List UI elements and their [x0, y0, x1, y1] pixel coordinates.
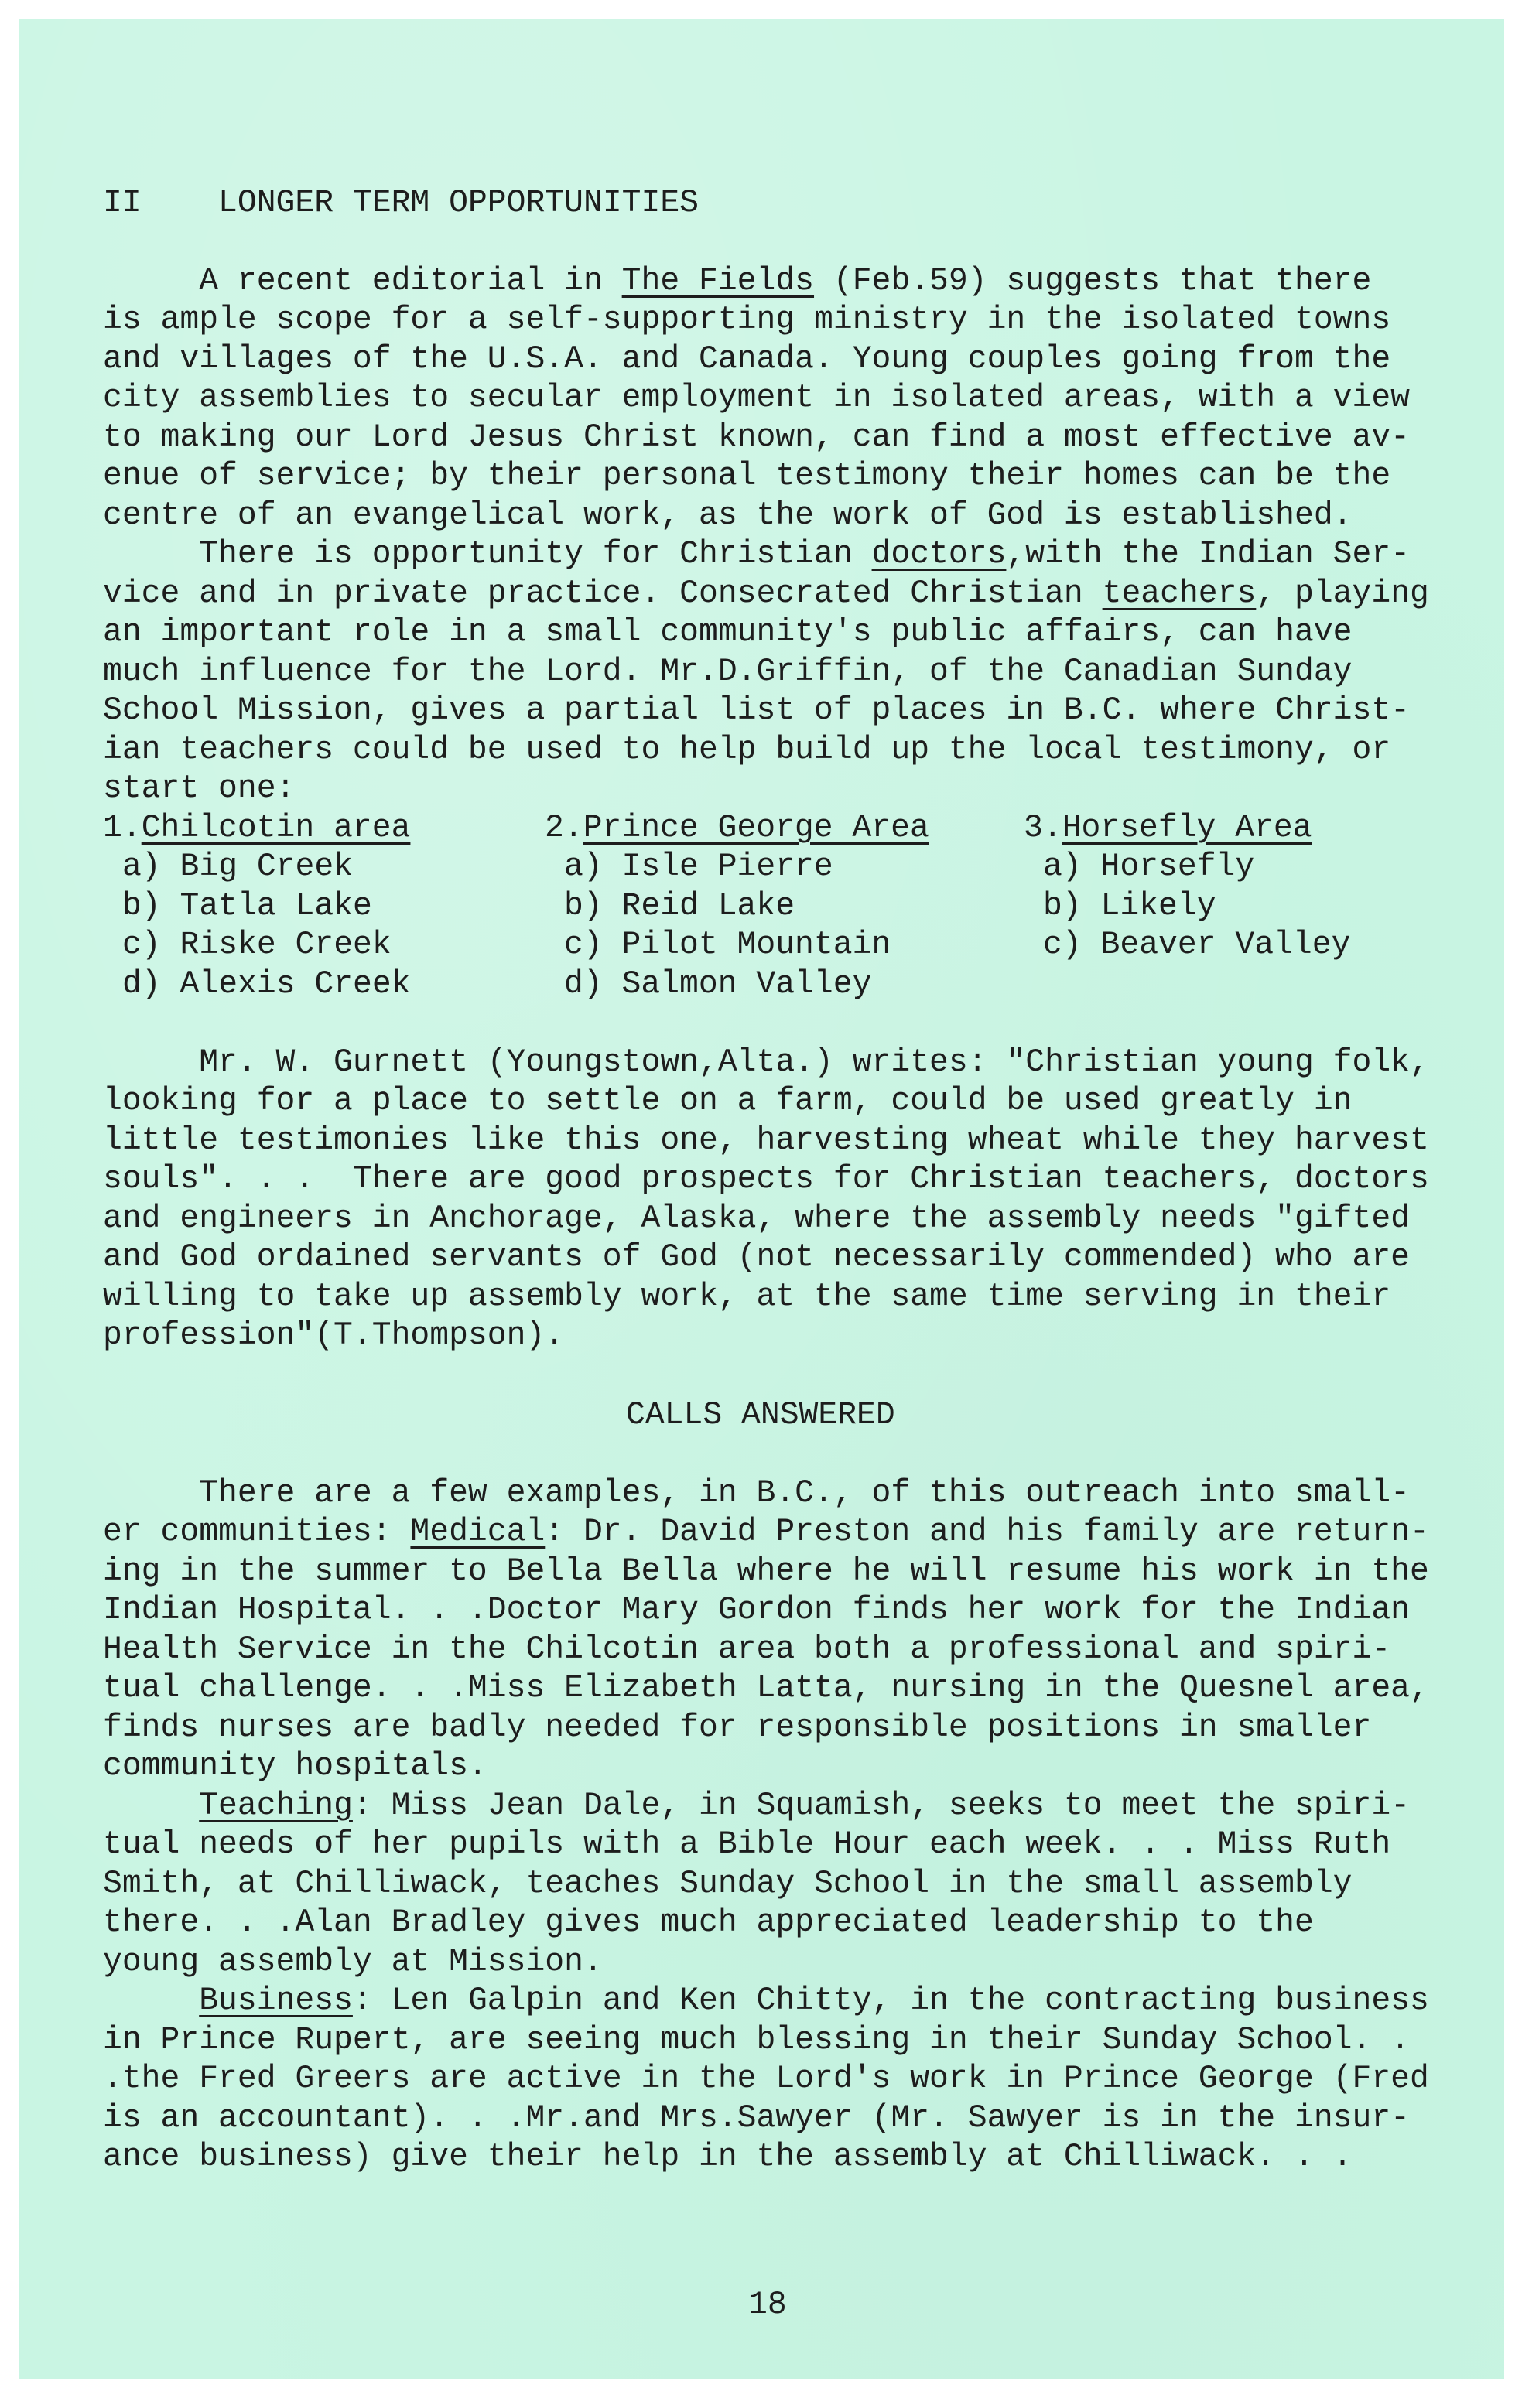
paragraph-line: ing in the summer to Bella Bella where h…	[103, 1552, 1429, 1591]
paragraph-line: vice and in private practice. Consecrate…	[103, 575, 1429, 613]
paragraph-line: little testimonies like this one, harves…	[103, 1122, 1429, 1160]
paragraph-line: to making our Lord Jesus Christ known, c…	[103, 418, 1410, 457]
paragraph-line: Health Service in the Chilcotin area bot…	[103, 1631, 1390, 1669]
paragraph-line: profession"(T.Thompson).	[103, 1317, 564, 1355]
paragraph-line: tual needs of her pupils with a Bible Ho…	[103, 1826, 1390, 1864]
area-heading: 3.Horsefly Area	[1024, 809, 1312, 848]
paragraph-line: ian teachers could be used to help build…	[103, 731, 1390, 770]
list-item: b) Reid Lake	[564, 887, 795, 926]
paragraph-line: an important role in a small community's…	[103, 613, 1353, 652]
list-item: b) Tatla Lake	[122, 887, 372, 926]
list-item: a) Horsefly	[1043, 848, 1254, 886]
paragraph-line: community hospitals.	[103, 1747, 487, 1786]
paragraph-line: enue of service; by their personal testi…	[103, 457, 1390, 496]
paragraph-line: is an accountant). . .Mr.and Mrs.Sawyer …	[103, 2099, 1410, 2138]
list-item: d) Salmon Valley	[564, 965, 871, 1004]
area-heading: 2.Prince George Area	[545, 809, 929, 848]
area-heading: 1.Chilcotin area	[103, 809, 410, 848]
section-title: LONGER TERM OPPORTUNITIES	[218, 186, 699, 221]
list-item: b) Likely	[1043, 887, 1216, 926]
paragraph-line: and engineers in Anchorage, Alaska, wher…	[103, 1200, 1410, 1238]
paragraph-line: There are a few examples, in B.C., of th…	[103, 1474, 1410, 1513]
underlined-teachers: teachers	[1103, 576, 1257, 612]
paragraph-line: Mr. W. Gurnett (Youngstown,Alta.) writes…	[103, 1043, 1429, 1082]
list-item: a) Isle Pierre	[564, 848, 833, 886]
list-item: a) Big Creek	[122, 848, 353, 886]
underlined-teaching: Teaching	[199, 1788, 353, 1824]
paragraph-line: Business: Len Galpin and Ken Chitty, in …	[103, 1982, 1429, 2020]
section-numeral: II	[103, 186, 142, 221]
paragraph-line: young assembly at Mission.	[103, 1943, 603, 1982]
paragraph-line: ance business) give their help in the as…	[103, 2138, 1353, 2177]
publication-title: The Fields	[622, 264, 814, 299]
list-item: d) Alexis Creek	[122, 965, 411, 1004]
page-number: 18	[748, 2286, 787, 2324]
paragraph-line: souls". . . There are good prospects for…	[103, 1160, 1429, 1199]
paragraph-line: er communities: Medical: Dr. David Prest…	[103, 1513, 1429, 1552]
paragraph-line: looking for a place to settle on a farm,…	[103, 1082, 1353, 1121]
paragraph-line: There is opportunity for Christian docto…	[103, 535, 1410, 574]
paragraph-line: tual challenge. . .Miss Elizabeth Latta,…	[103, 1669, 1429, 1708]
paragraph-line: Smith, at Chilliwack, teaches Sunday Sch…	[103, 1865, 1353, 1904]
paragraph-line: in Prince Rupert, are seeing much blessi…	[103, 2021, 1410, 2060]
paragraph-line: is ample scope for a self-supporting min…	[103, 301, 1390, 340]
paragraph-line: Teaching: Miss Jean Dale, in Squamish, s…	[103, 1787, 1410, 1826]
paragraph-line: .the Fred Greers are active in the Lord'…	[103, 2060, 1429, 2099]
underlined-doctors: doctors	[872, 537, 1007, 572]
paragraph-line: centre of an evangelical work, as the wo…	[103, 497, 1353, 535]
paragraph-line: willing to take up assembly work, at the…	[103, 1278, 1390, 1317]
paragraph-line: much influence for the Lord. Mr.D.Griffi…	[103, 653, 1353, 692]
paragraph-line: city assemblies to secular employment in…	[103, 379, 1410, 418]
paragraph-line: there. . .Alan Bradley gives much apprec…	[103, 1904, 1314, 1942]
paragraph-line: start one:	[103, 770, 295, 808]
paragraph-line: Indian Hospital. . .Doctor Mary Gordon f…	[103, 1591, 1410, 1630]
list-item: c) Riske Creek	[122, 926, 392, 965]
list-item: c) Pilot Mountain	[564, 926, 891, 965]
paragraph-line: and God ordained servants of God (not ne…	[103, 1238, 1410, 1277]
paragraph-line: A recent editorial in The Fields (Feb.59…	[103, 262, 1371, 301]
underlined-medical: Medical	[410, 1515, 545, 1550]
paragraph-line: School Mission, gives a partial list of …	[103, 692, 1410, 730]
list-item: c) Beaver Valley	[1043, 926, 1350, 965]
section-heading: II LONGER TERM OPPORTUNITIES	[103, 184, 699, 223]
underlined-business: Business	[199, 1983, 353, 2019]
paragraph-line: finds nurses are badly needed for respon…	[103, 1709, 1371, 1747]
paragraph-line: and villages of the U.S.A. and Canada. Y…	[103, 340, 1390, 379]
calls-answered-heading: CALLS ANSWERED	[626, 1396, 895, 1435]
